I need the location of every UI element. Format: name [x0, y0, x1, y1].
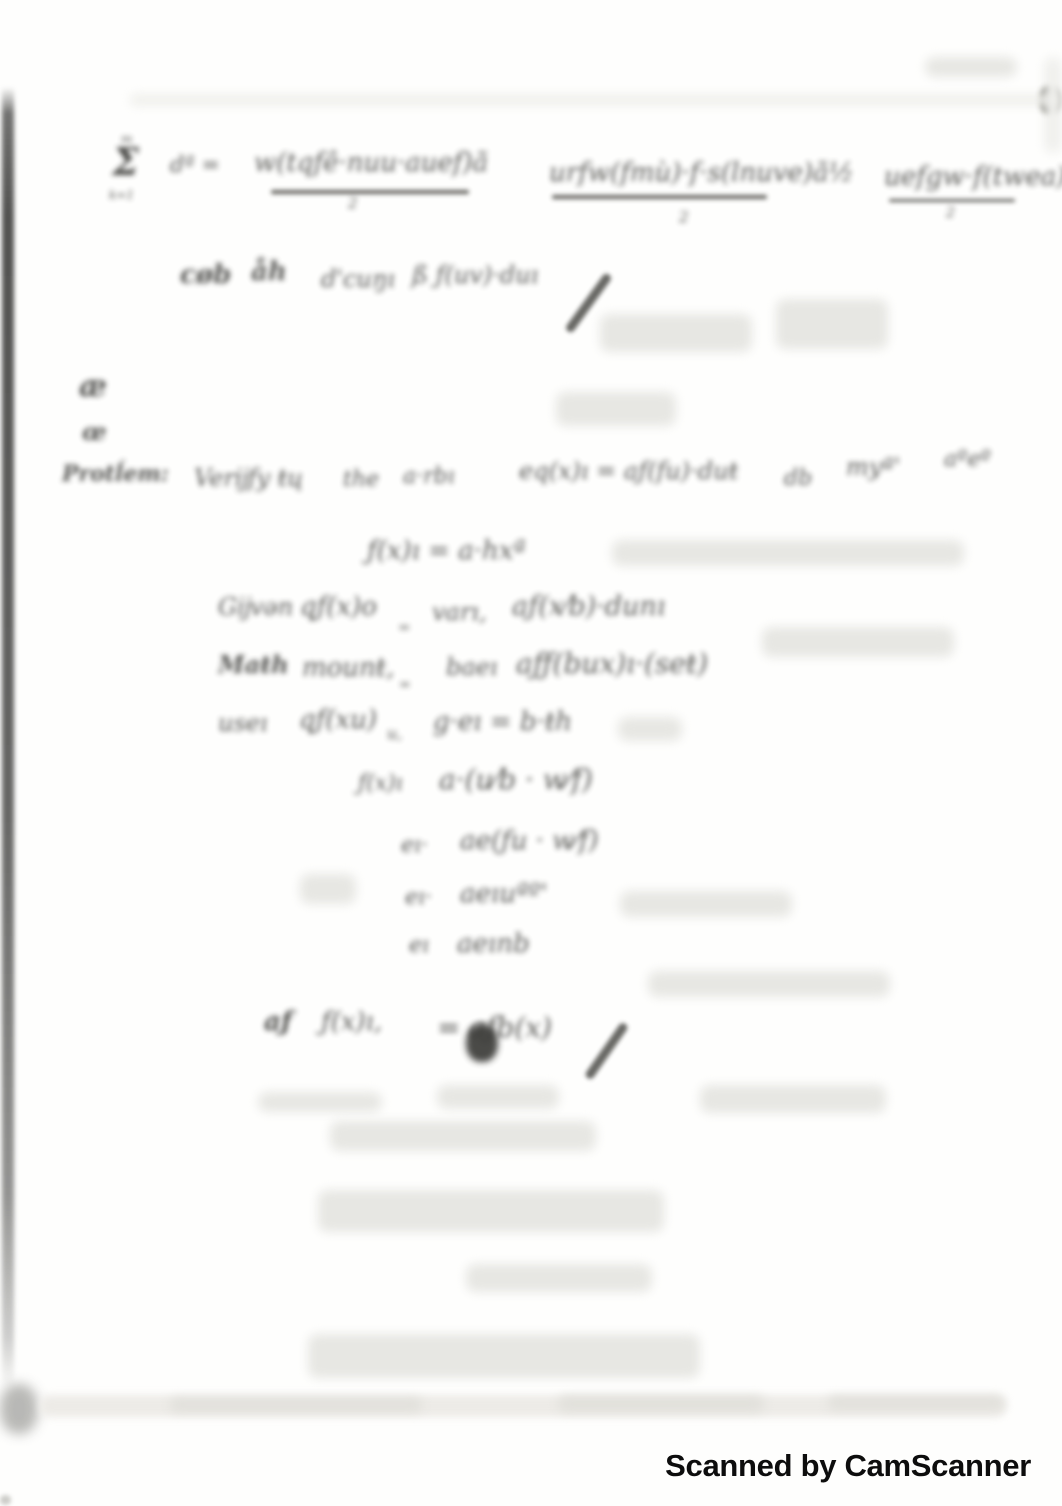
edge-shadow-foot — [0, 1384, 38, 1434]
ghost-9 — [648, 971, 890, 997]
ghost-right-edge — [1044, 57, 1062, 153]
ghost-16 — [308, 1334, 700, 1378]
margin-mark-2: œ — [82, 420, 107, 444]
ghost-bottom-clump-2 — [558, 1396, 764, 1412]
ghost-top-right-smudge — [925, 57, 1017, 77]
eq-step2-rhs: ae(ƒu · w⁄f) — [460, 828, 599, 854]
eq-step1-rhs: a·(u⁄b · w⁄f) — [439, 766, 593, 794]
checkmark-2 — [584, 1021, 629, 1080]
math-equals: = — [399, 678, 411, 692]
step-fx-equals: ƒ(x)ı = a·hxª — [367, 538, 526, 564]
handwriting-layer: mΣk=1dª =w(tqfê·nuu·auef)ã2urfw(fmù)·f·s… — [0, 0, 1062, 1506]
ghost-5 — [762, 627, 954, 657]
problem-text-6: myª' — [846, 455, 900, 479]
scanned-page: mΣk=1dª =w(tqfê·nuu·auef)ã2urfw(fmù)·f·s… — [0, 0, 1062, 1506]
math-label: Maŧh — [218, 653, 289, 677]
math-term-3: aƒƒ(bux)ı·(seŧ) — [516, 650, 708, 678]
fraction2-numerator: urfw(fmù)·f·s(lnuve)ã½ — [549, 160, 854, 186]
problem-label: Protĺem: — [62, 463, 169, 485]
sigma-symbol: Σ — [112, 143, 139, 181]
work-line2-a: cøb — [180, 262, 231, 288]
fraction1-bar — [271, 190, 469, 194]
fraction1-denominator: 2 — [348, 196, 358, 211]
conclusion-lhs: ƒ(x)ı, — [321, 1009, 382, 1035]
given-term-3: aƒ(x⁄b)·dunı — [512, 593, 665, 620]
eq-step3-rhs: aeıuªº' — [460, 881, 548, 907]
ghost-6 — [618, 717, 682, 741]
ghost-14 — [318, 1190, 664, 1232]
bottom-left-speck — [0, 1495, 11, 1505]
conclusion-ink-blot — [466, 1024, 498, 1062]
math-term-1: mounŧ, — [302, 655, 395, 681]
ghost-4 — [612, 540, 964, 566]
ghost-1 — [600, 314, 752, 352]
sigma-limit-bottom: k=1 — [109, 189, 134, 201]
work-line2-c: d'cuŋı — [321, 267, 395, 291]
math-term-2: baeı — [446, 655, 498, 679]
lhs-term: dª = — [170, 155, 220, 177]
work-line2-d: ß ƒ(uv)·duı — [412, 263, 538, 287]
fraction3-bar — [889, 199, 1015, 202]
given-term-1: qƒ(x)o — [300, 594, 377, 620]
margin-mark-1: æ — [79, 372, 107, 402]
eq-step2-lhs: eı· — [401, 835, 428, 857]
ghost-10 — [437, 1085, 559, 1109]
problem-text-5: db — [784, 468, 812, 490]
using-term-1: qƒ(xu) — [299, 707, 377, 733]
fraction2-denominator: 2 — [679, 210, 689, 225]
ghost-top-band — [130, 94, 1060, 106]
conclusion-marker: aƒ — [264, 1009, 292, 1035]
ghost-3 — [556, 392, 676, 426]
work-line2-b: åh — [251, 259, 287, 285]
using-term-2: u, — [387, 726, 402, 742]
given-label: Gĳvən — [218, 595, 293, 619]
ghost-bottom-clump-1 — [170, 1398, 422, 1412]
eq-step1-lhs: ƒ(x)ı — [358, 773, 403, 795]
using-term-3: g·eı = b·ŧh — [433, 709, 572, 735]
ghost-15 — [466, 1264, 652, 1292]
eq-step4-lhs: eı — [409, 935, 429, 957]
fraction3-denominator: 2 — [946, 206, 955, 220]
ghost-13 — [330, 1121, 596, 1151]
fraction1-numerator: w(tqfê·nuu·auef)ã — [254, 150, 488, 176]
problem-text-1: Verĳfy ŧų — [194, 466, 303, 490]
given-term-2: varı, — [432, 600, 487, 624]
eq-step4-rhs: aeınb — [457, 931, 530, 957]
problem-text-2: the — [343, 469, 379, 491]
camscanner-watermark: Scanned by CamScanner — [665, 1448, 1031, 1484]
problem-text-7: aºeº — [944, 449, 991, 471]
using-label: useı — [218, 711, 268, 735]
ghost-2 — [776, 299, 888, 349]
given-equals: = — [398, 620, 411, 635]
ghost-11 — [258, 1092, 382, 1112]
ghost-7 — [300, 874, 356, 904]
fraction2-bar — [552, 195, 767, 199]
eq-step3-lhs: eı· — [405, 887, 432, 909]
ghost-12 — [700, 1085, 886, 1113]
ghost-8 — [620, 891, 792, 917]
ghost-bottom-clump-3 — [828, 1396, 1004, 1410]
problem-text-4: eq(x)ı = aƒ(fu)·duŧ — [519, 459, 738, 483]
problem-text-3: a·rbı — [403, 466, 455, 488]
fraction3-numerator: uefgw·f(twea) — [884, 164, 1062, 190]
